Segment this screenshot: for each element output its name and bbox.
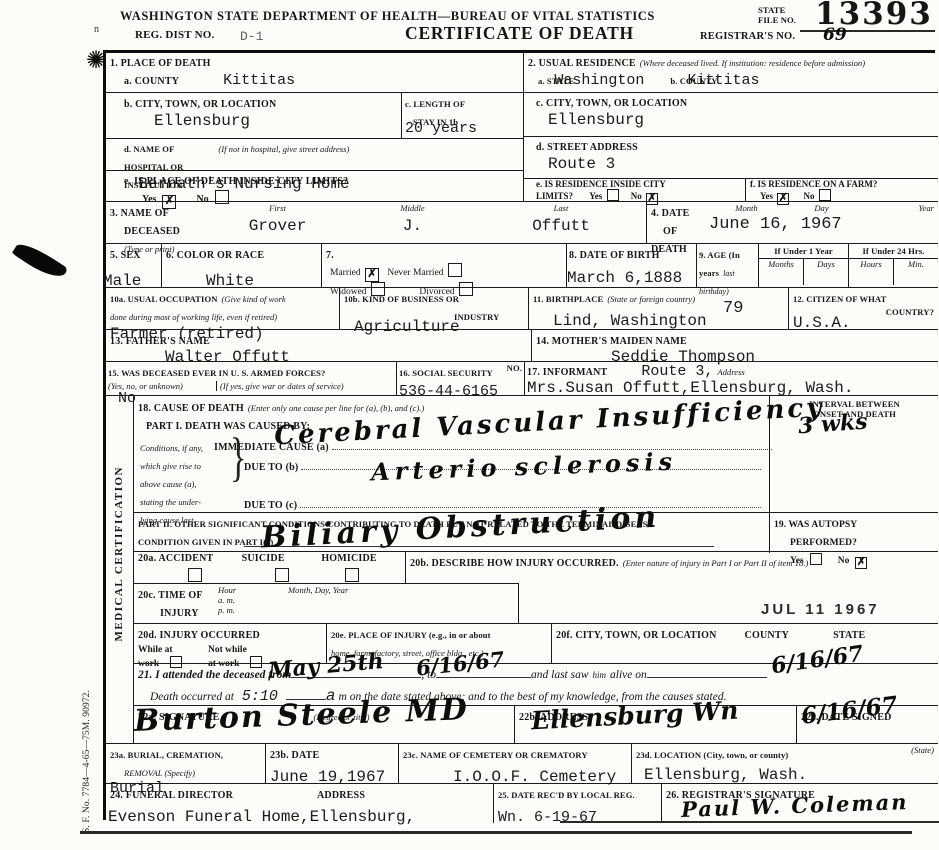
s2f-label: f. IS RESIDENCE ON A FARM? <box>750 179 877 189</box>
s18-conditions-1: Conditions, if any, <box>140 443 203 453</box>
s11-note: (State or foreign country) <box>607 294 695 304</box>
s3-label-2: DECEASED <box>124 226 180 237</box>
s4-month-header: Month <box>709 203 784 213</box>
reg-dist-label: REG. DIST NO. <box>135 29 214 41</box>
s21-alive-fill-line <box>647 665 767 678</box>
form-number-vertical-text: S. F. No. 7784—4-65—75M. 90972. <box>82 598 92 833</box>
section-1-place-of-death: 1. PLACE OF DEATH a. COUNTY Kittitas b. … <box>106 53 523 201</box>
s10a-note-1: (Give kind of work <box>222 294 286 304</box>
s10b-label-1: 10b. KIND OF BUSINESS OR <box>344 294 459 304</box>
s20c-am-label: a. m. <box>218 595 235 605</box>
bottom-line-full <box>80 831 912 834</box>
s18-note: (Enter only one cause per line for (a), … <box>248 403 424 413</box>
s4-date-of-death-value: June 16, 1967 <box>709 217 934 233</box>
state-file-label-1: STATE <box>758 5 785 15</box>
s20c-hour-label: Hour <box>218 585 236 595</box>
pen-stroke-mark <box>12 238 69 284</box>
s2e-yes-checkbox <box>607 189 619 201</box>
s23c-label: 23c. NAME OF CEMETERY OR CREMATORY <box>403 750 588 760</box>
state-file-underline <box>800 30 935 32</box>
section-10b-industry: 10b. KIND OF BUSINESS OR INDUSTRY Agricu… <box>339 287 528 329</box>
section-10a-occupation: 10a. USUAL OCCUPATION (Give kind of work… <box>106 287 339 329</box>
s20b-label: 20b. DESCRIBE HOW INJURY OCCURRED. <box>410 558 619 569</box>
s12-label-1: 12. CITIZEN OF WHAT <box>793 294 886 304</box>
s18-conditions-4: stating the under- <box>140 497 201 507</box>
s4-label-2: OF <box>663 226 677 237</box>
section-23c-cemetery: 23c. NAME OF CEMETERY OR CREMATORY I.O.O… <box>398 743 631 783</box>
s1e-label: e. IS PLACE OF DEATH INSIDE CITY LIMITS? <box>124 176 348 187</box>
s16-label-1: 16. SOCIAL SECURITY <box>399 368 493 378</box>
s3-first-header: First <box>210 203 345 213</box>
section-23d-location: 23d. LOCATION (City, town, or county) (S… <box>631 743 938 783</box>
s10b-label-2: INDUSTRY <box>454 312 499 322</box>
s18-label: 18. CAUSE OF DEATH <box>138 403 244 414</box>
section-3-name-of-deceased: 3. NAME OF DECEASED (Type or print) Firs… <box>106 201 646 243</box>
s20a-accident-checkbox <box>188 568 202 582</box>
s3-label-1: 3. NAME OF <box>110 208 169 219</box>
certificate-title: CERTIFICATE OF DEATH <box>405 23 634 44</box>
s9-under24-header: If Under 24 Hrs. <box>849 244 938 259</box>
s9-under1-header: If Under 1 Year <box>759 244 848 259</box>
section-20a-accident-suicide-homicide: 20a. ACCIDENT SUICIDE HOMICIDE <box>133 551 405 583</box>
section-6-color-or-race: 6. COLOR OR RACE White <box>161 243 321 287</box>
s17-informant-value-1: Route 3, <box>641 363 713 380</box>
medical-certification-vertical-text: MEDICAL CERTIFICATION <box>113 466 125 641</box>
section-19-autopsy: 19. WAS AUTOPSY PERFORMED? Yes No ✗ <box>769 513 939 553</box>
s8-dob-value: March 6,1888 <box>567 270 696 286</box>
s2b-county-value: Kittitas <box>688 72 760 89</box>
section-16-social-security: 16. SOCIAL SECURITY NO. 536-44-6165 <box>396 361 524 395</box>
s12-label-2: COUNTRY? <box>886 307 934 317</box>
s1a-label: a. COUNTY <box>124 76 179 87</box>
s17-label: 17. INFORMANT <box>527 367 607 378</box>
s7-married-checkbox: ✗ <box>365 268 379 282</box>
section-5-sex: 5. SEX Male <box>106 243 161 287</box>
s1-title: 1. PLACE OF DEATH <box>110 58 211 69</box>
s20f-label: 20f. CITY, TOWN, OR LOCATION <box>556 630 717 641</box>
s11-birthplace-value: Lind, Washington <box>553 313 784 329</box>
s2e-label-2: LIMITS? <box>536 191 573 201</box>
section-15-armed-forces: 15. WAS DECEASED EVER IN U. S. ARMED FOR… <box>106 361 396 395</box>
s20c-label-1: 20c. TIME OF <box>138 590 203 601</box>
s24-address-header: ADDRESS <box>317 790 365 801</box>
s20b-note: (Enter nature of injury in Part I or Par… <box>623 558 809 568</box>
s10a-note-2: done during most of working life, even i… <box>110 312 277 322</box>
s1a-county-value: Kittitas <box>223 72 295 89</box>
s4-year-header: Year <box>859 203 934 213</box>
section-23a-burial: 23a. BURIAL, CREMATION, REMOVAL (Specify… <box>106 743 265 783</box>
s3-middle-value: J. <box>345 218 480 234</box>
section-4-date-of-death: 4. DATE OF DEATH Month Day Year June 16,… <box>646 201 938 243</box>
s20d-label: 20d. INJURY OCCURRED <box>138 630 260 641</box>
s15-label: 15. WAS DECEASED EVER IN U. S. ARMED FOR… <box>108 368 325 378</box>
s20a-suicide-label: SUICIDE <box>242 553 322 565</box>
registrar-number: 69 <box>823 27 847 44</box>
s15-note-2: (If yes, give war or dates of service) <box>217 381 394 391</box>
section-9-under-1-year: If Under 1 Year Months Days <box>758 243 848 287</box>
s7-label: 7. <box>326 250 334 261</box>
s1b-label: b. CITY, TOWN, OR LOCATION <box>124 99 276 110</box>
margin-letter-mark: n <box>94 24 99 35</box>
s17-address-header: Address <box>717 367 744 377</box>
s20d-notwhile-label-1: Not while <box>208 645 247 655</box>
s2e-yes-label: Yes <box>589 191 602 201</box>
s7-never-married-label: Never Married <box>387 268 443 278</box>
s14-label: 14. MOTHER'S MAIDEN NAME <box>536 336 687 347</box>
date-received-stamp: JUL 11 1967 <box>761 601 880 618</box>
state-file-label-2: FILE NO. <box>758 15 796 25</box>
s11-label: 11. BIRTHPLACE <box>533 294 603 304</box>
s2d-street-value: Route 3 <box>548 155 615 173</box>
s1d-note: (If not in hospital, give street address… <box>218 144 349 154</box>
section-12-citizen: 12. CITIZEN OF WHAT COUNTRY? U.S.A. <box>788 287 938 329</box>
s18-conditions-3: above cause (a), <box>140 479 197 489</box>
section-13-fathers-name: 13. FATHER'S NAME Walter Offutt <box>106 329 531 361</box>
s20c-pm-label: p. m. <box>218 605 235 615</box>
s23a-label-1: 23a. BURIAL, CREMATION, <box>110 750 223 760</box>
s23d-state-note: (State) <box>911 745 934 755</box>
s23b-label: 23b. DATE <box>270 750 319 761</box>
s3-middle-header: Middle <box>345 203 480 213</box>
s21-line1c: alive on <box>610 669 647 681</box>
s9-hours-header: Hours <box>849 259 894 285</box>
s20c-mdy-label: Month, Day, Year <box>288 585 348 595</box>
s1b-city-value: Ellensburg <box>154 112 250 130</box>
s10a-label: 10a. USUAL OCCUPATION <box>110 294 218 304</box>
certificate-form: 1. PLACE OF DEATH a. COUNTY Kittitas b. … <box>103 50 935 820</box>
section-20b-describe-injury: 20b. DESCRIBE HOW INJURY OCCURRED. (Ente… <box>405 551 938 583</box>
s20f-state-label: STATE <box>833 630 865 641</box>
section-25-date-received: 25. DATE REC'D BY LOCAL REG. Wn. 6-19-67 <box>493 783 661 823</box>
s1c-length-of-stay-value: 20 years <box>405 121 520 137</box>
section-7-marital-status: 7. Married ✗ Never Married Widowed Divor… <box>321 243 566 287</box>
s9-days-header: Days <box>804 259 848 285</box>
section-17-informant: 17. INFORMANT Route 3, Address Mrs.Susan… <box>524 361 938 395</box>
s19-label-1: 19. WAS AUTOPSY <box>774 520 857 530</box>
s21-him-label: him <box>593 670 607 680</box>
s2c-city-value: Ellensburg <box>548 111 644 129</box>
s18-due-to-b-label: DUE TO (b) <box>244 462 298 474</box>
s2f-no-label: No <box>804 191 815 201</box>
section-23b-date: 23b. DATE June 19,1967 <box>265 743 398 783</box>
s2a-state-value: Washington <box>554 72 644 89</box>
registrar-no-label: REGISTRAR'S NO. <box>700 31 795 43</box>
s7-never-married-checkbox <box>448 263 462 277</box>
s20f-county-label: COUNTY <box>745 630 790 641</box>
s3-first-value: Grover <box>210 218 345 234</box>
s7-married-label: Married <box>330 268 361 278</box>
section-14-mothers-maiden-name: 14. MOTHER'S MAIDEN NAME Seddie Thompson <box>531 329 938 361</box>
s23a-label-2: REMOVAL (Specify) <box>124 768 195 778</box>
s20a-accident-label: 20a. ACCIDENT <box>138 553 242 565</box>
s9-min-header: Min. <box>894 259 938 285</box>
s23d-label: 23d. LOCATION (City, town, or county) <box>636 750 788 760</box>
section-2-usual-residence: 2. USUAL RESIDENCE (Where deceased lived… <box>523 53 938 201</box>
s1d-label-1: d. NAME OF <box>124 144 174 154</box>
medical-certification-strip: MEDICAL CERTIFICATION <box>106 395 133 743</box>
section-24-funeral-director: 24. FUNERAL DIRECTOR ADDRESS Evenson Fun… <box>106 783 493 823</box>
s20a-homicide-label: HOMICIDE <box>321 553 401 565</box>
s24-funeral-home-value: Evenson Funeral Home,Ellensburg, <box>108 809 489 825</box>
s9-months-header: Months <box>759 259 804 285</box>
s24-label: 24. FUNERAL DIRECTOR <box>110 790 233 801</box>
s16-label-2: NO. <box>507 363 522 373</box>
s18-due-to-c-label: DUE TO (c) <box>244 500 297 512</box>
s2-note: (Where deceased lived. If institution: r… <box>640 58 865 68</box>
s2-title: 2. USUAL RESIDENCE <box>528 58 636 69</box>
section-11-birthplace: 11. BIRTHPLACE (State or foreign country… <box>528 287 788 329</box>
section-20f-city-county-state: 20f. CITY, TOWN, OR LOCATION COUNTY STAT… <box>551 623 938 663</box>
s2f-no-checkbox <box>819 189 831 201</box>
handwritten-interval-a: 3 wks <box>797 411 868 438</box>
s21-line1b: and last saw <box>531 669 589 681</box>
s2e-no-label: No <box>631 191 642 201</box>
department-header: WASHINGTON STATE DEPARTMENT OF HEALTH—BU… <box>120 9 690 24</box>
s20a-homicide-checkbox <box>345 568 359 582</box>
s17-informant-value-2: Mrs.Susan Offutt,Ellensburg, Wash. <box>527 380 936 396</box>
s25-date-received-value: Wn. 6-19-67 <box>498 810 657 826</box>
s20e-label-1: 20e. PLACE OF INJURY (e.g., in or about <box>331 630 491 640</box>
s13-label: 13. FATHER'S NAME <box>110 336 210 347</box>
s20d-while-label-1: While at <box>138 645 173 655</box>
s5-label: 5. SEX <box>110 250 141 261</box>
section-8-date-of-birth: 8. DATE OF BIRTH March 6,1888 <box>566 243 696 287</box>
s4-day-header: Day <box>784 203 859 213</box>
s25-label: 25. DATE REC'D BY LOCAL REG. <box>498 790 635 800</box>
s19-label-2: PERFORMED? <box>790 538 857 548</box>
s2e-label-1: e. IS RESIDENCE INSIDE CITY <box>536 179 666 189</box>
s18-conditions-2: which give rise to <box>140 461 201 471</box>
scanned-death-certificate: { "labels": {"yes": "Yes", "no": "No"}, … <box>0 0 939 850</box>
s3-last-header: Last <box>480 203 642 213</box>
s4-label-1: 4. DATE <box>651 208 689 219</box>
s20c-label-2: INJURY <box>160 608 199 619</box>
s2f-yes-label: Yes <box>760 191 773 201</box>
s1c-label-1: c. LENGTH OF <box>405 99 465 109</box>
s2c-label: c. CITY, TOWN, OR LOCATION <box>536 98 687 109</box>
s3-last-value: Offutt <box>480 218 642 234</box>
s2d-label: d. STREET ADDRESS <box>536 142 638 153</box>
section-9-under-24-hrs: If Under 24 Hrs. Hours Min. <box>848 243 938 287</box>
section-9-age: 9. AGE (In years last birthday) 79 <box>696 243 758 287</box>
section-20c-time-of-injury: 20c. TIME OF INJURY Hour a. m. p. m. Mon… <box>133 583 518 623</box>
s20a-suicide-checkbox <box>275 568 289 582</box>
reg-dist-number: D-1 <box>240 29 263 44</box>
s8-label: 8. DATE OF BIRTH <box>569 250 660 261</box>
s6-label: 6. COLOR OR RACE <box>166 250 264 261</box>
s23d-location-value: Ellensburg, Wash. <box>644 767 847 784</box>
